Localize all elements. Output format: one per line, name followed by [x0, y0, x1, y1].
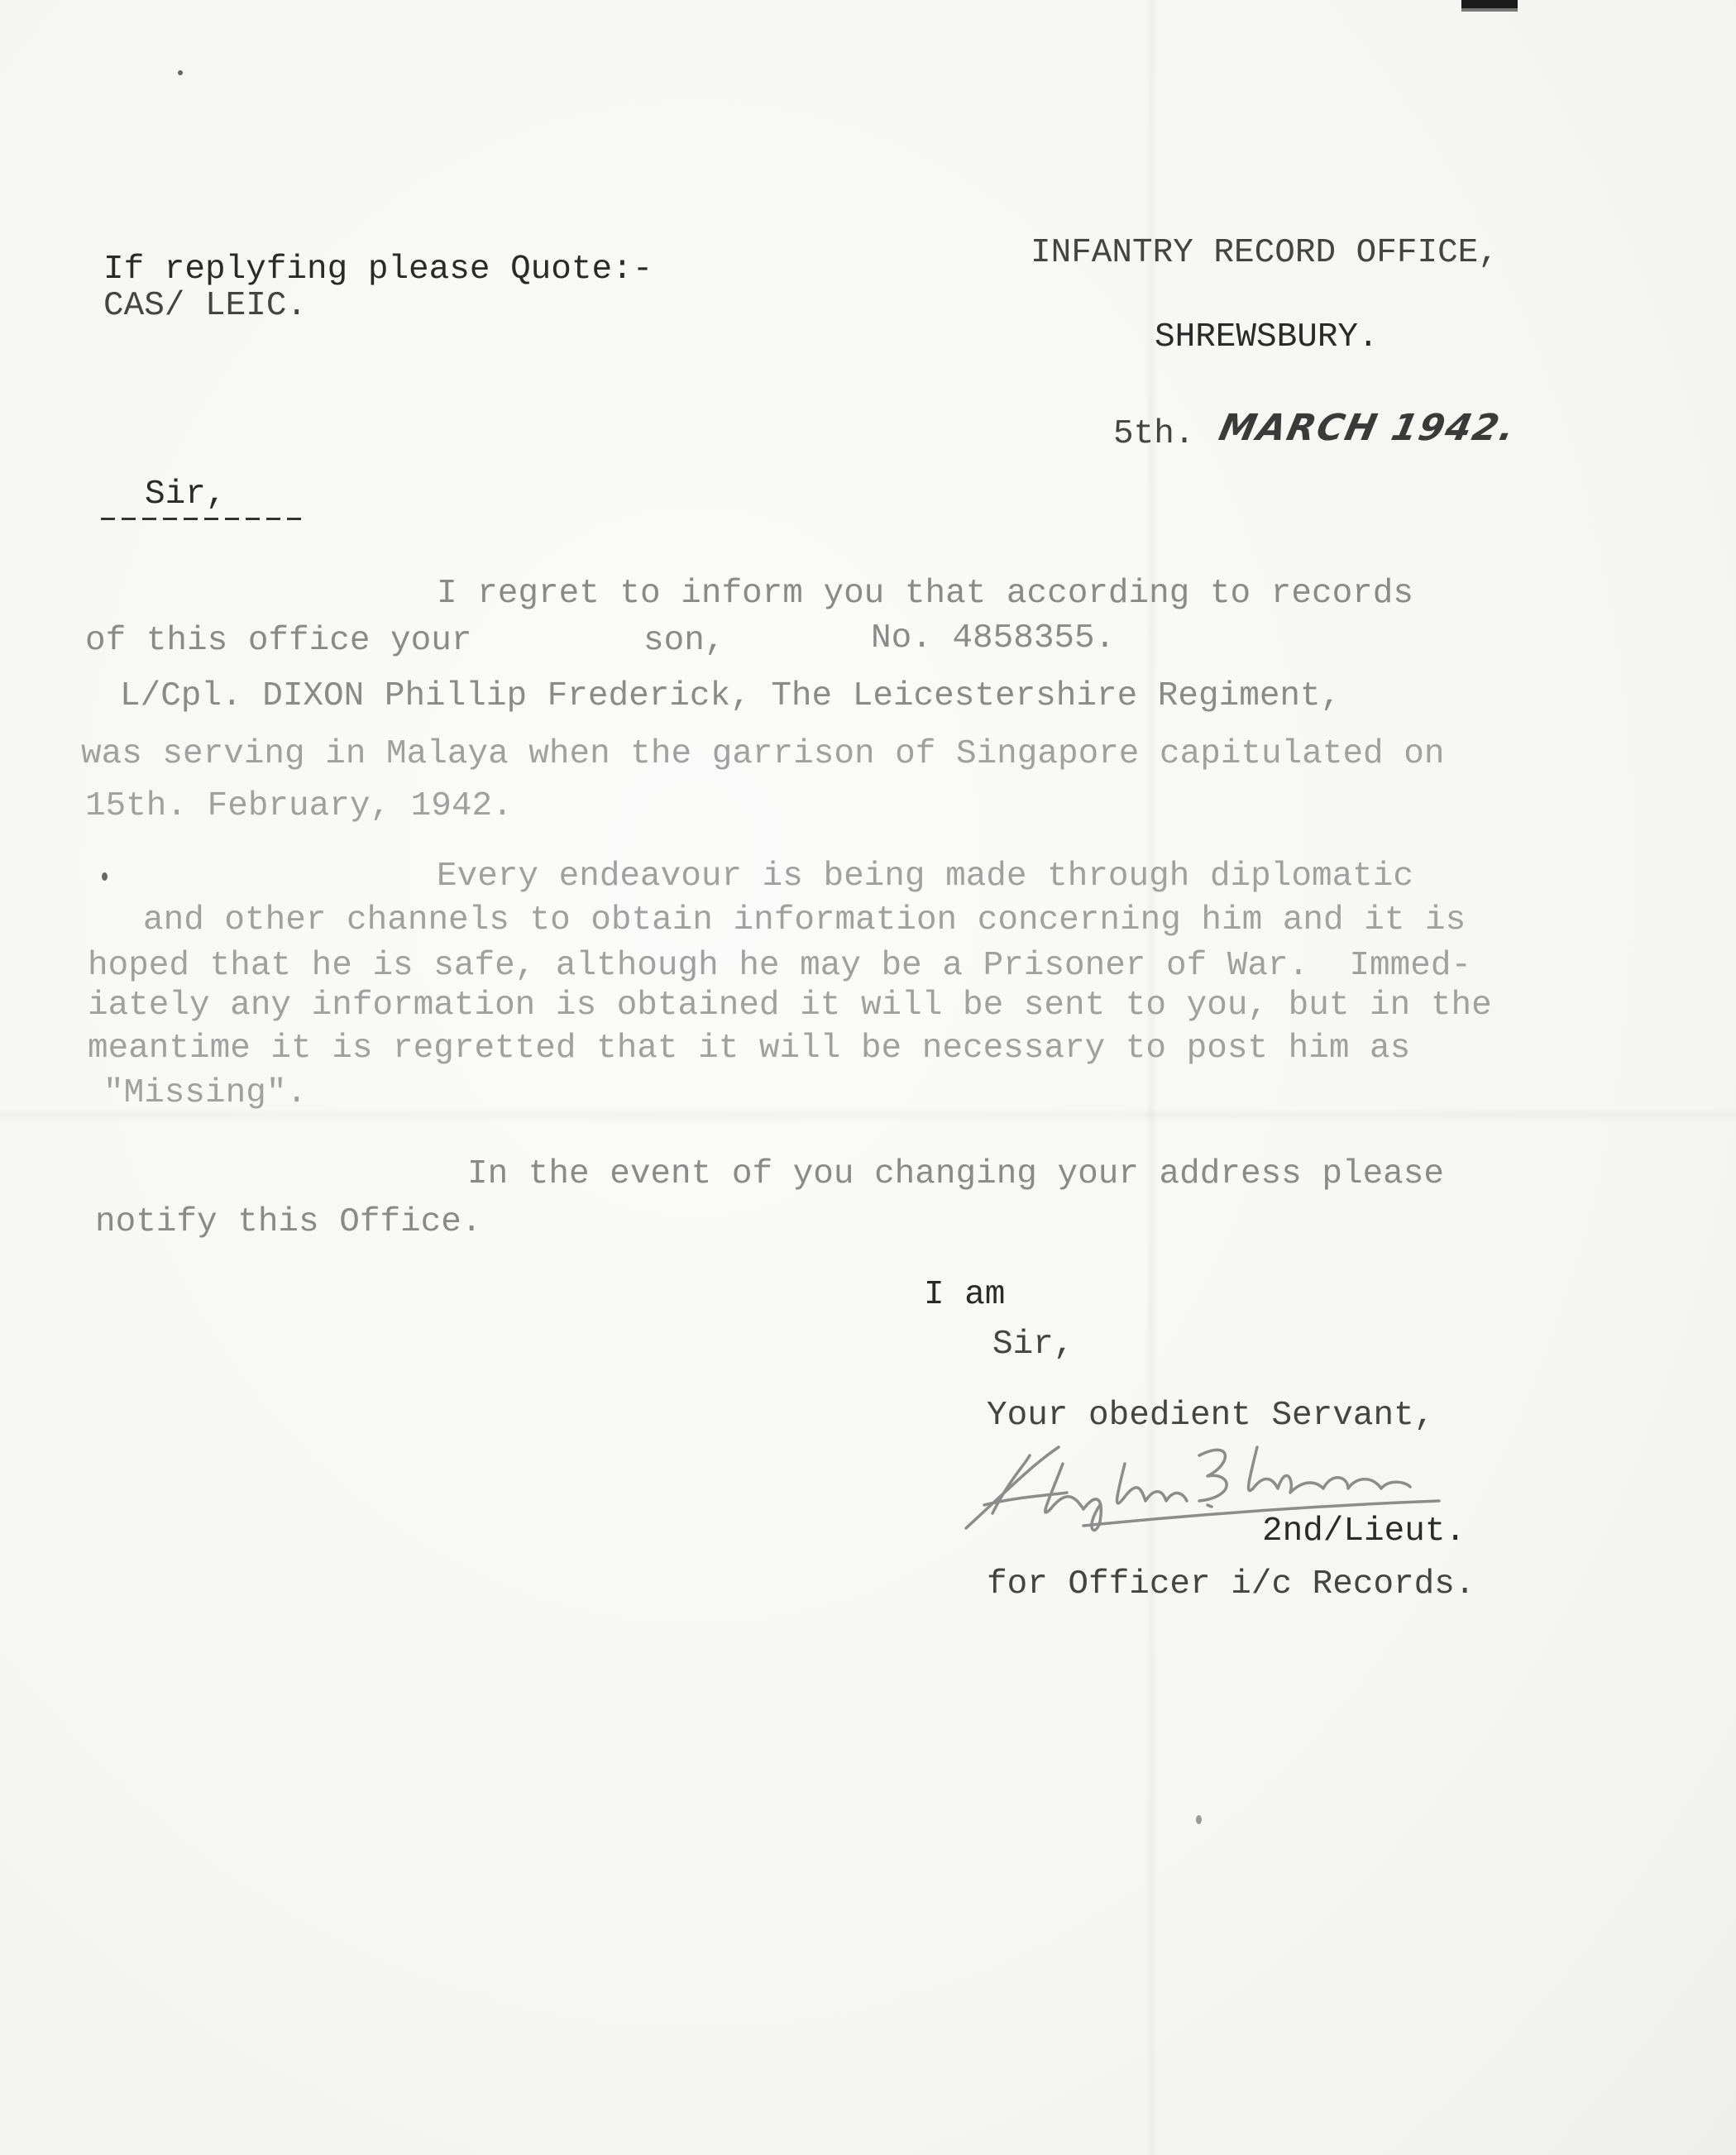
para2-line3: hoped that he is safe, although he may b… [88, 949, 1471, 983]
para2-line2: and other channels to obtain information… [143, 904, 1466, 938]
salutation: Sir, [145, 478, 226, 512]
para3-line1: In the event of you changing your addres… [467, 1158, 1444, 1192]
paper-speck [1196, 1815, 1202, 1824]
soldier-name-unit: L/Cpl. DIXON Phillip Frederick, The Leic… [120, 680, 1341, 714]
para1-line4: was serving in Malaya when the garrison … [81, 738, 1444, 772]
para2-line6: "Missing". [103, 1077, 307, 1111]
sender-office: INFANTRY RECORD OFFICE, [1031, 237, 1499, 270]
service-number: No. 4858355. [871, 622, 1115, 656]
reference-code: CAS/ LEIC. [103, 289, 307, 323]
closing-i-am: I am [924, 1278, 1005, 1312]
salutation-underline [101, 518, 308, 520]
para3-line2: notify this Office. [95, 1206, 481, 1240]
reference-line: If replyfing please Quote:- [103, 253, 653, 287]
para1-relation: son, [643, 624, 725, 658]
closing-sir: Sir, [992, 1328, 1074, 1362]
date-handwritten: MARCH 1942. [1220, 411, 1515, 449]
paper-speck [178, 70, 183, 75]
para1-line1: I regret to inform you that according to… [437, 577, 1413, 611]
date-day: 5th. [1113, 418, 1194, 452]
date-month-year: MARCH 1942. [1217, 411, 1519, 445]
scan-edge-mark [1461, 0, 1518, 12]
para1-line2a: of this office your [85, 624, 471, 658]
para2-line1: Every endeavour is being made through di… [437, 860, 1413, 894]
signatory-for-line: for Officer i/c Records. [987, 1568, 1475, 1602]
closing-servant: Your obedient Servant, [987, 1399, 1434, 1433]
paper-speck [102, 872, 108, 881]
para2-line4: iately any information is obtained it wi… [88, 989, 1492, 1023]
sender-town: SHREWSBURY. [1155, 321, 1379, 355]
signatory-rank: 2nd/Lieut. [1262, 1515, 1466, 1549]
para1-line5: 15th. February, 1942. [85, 790, 513, 824]
para2-line5: meantime it is regretted that it will be… [88, 1032, 1410, 1066]
